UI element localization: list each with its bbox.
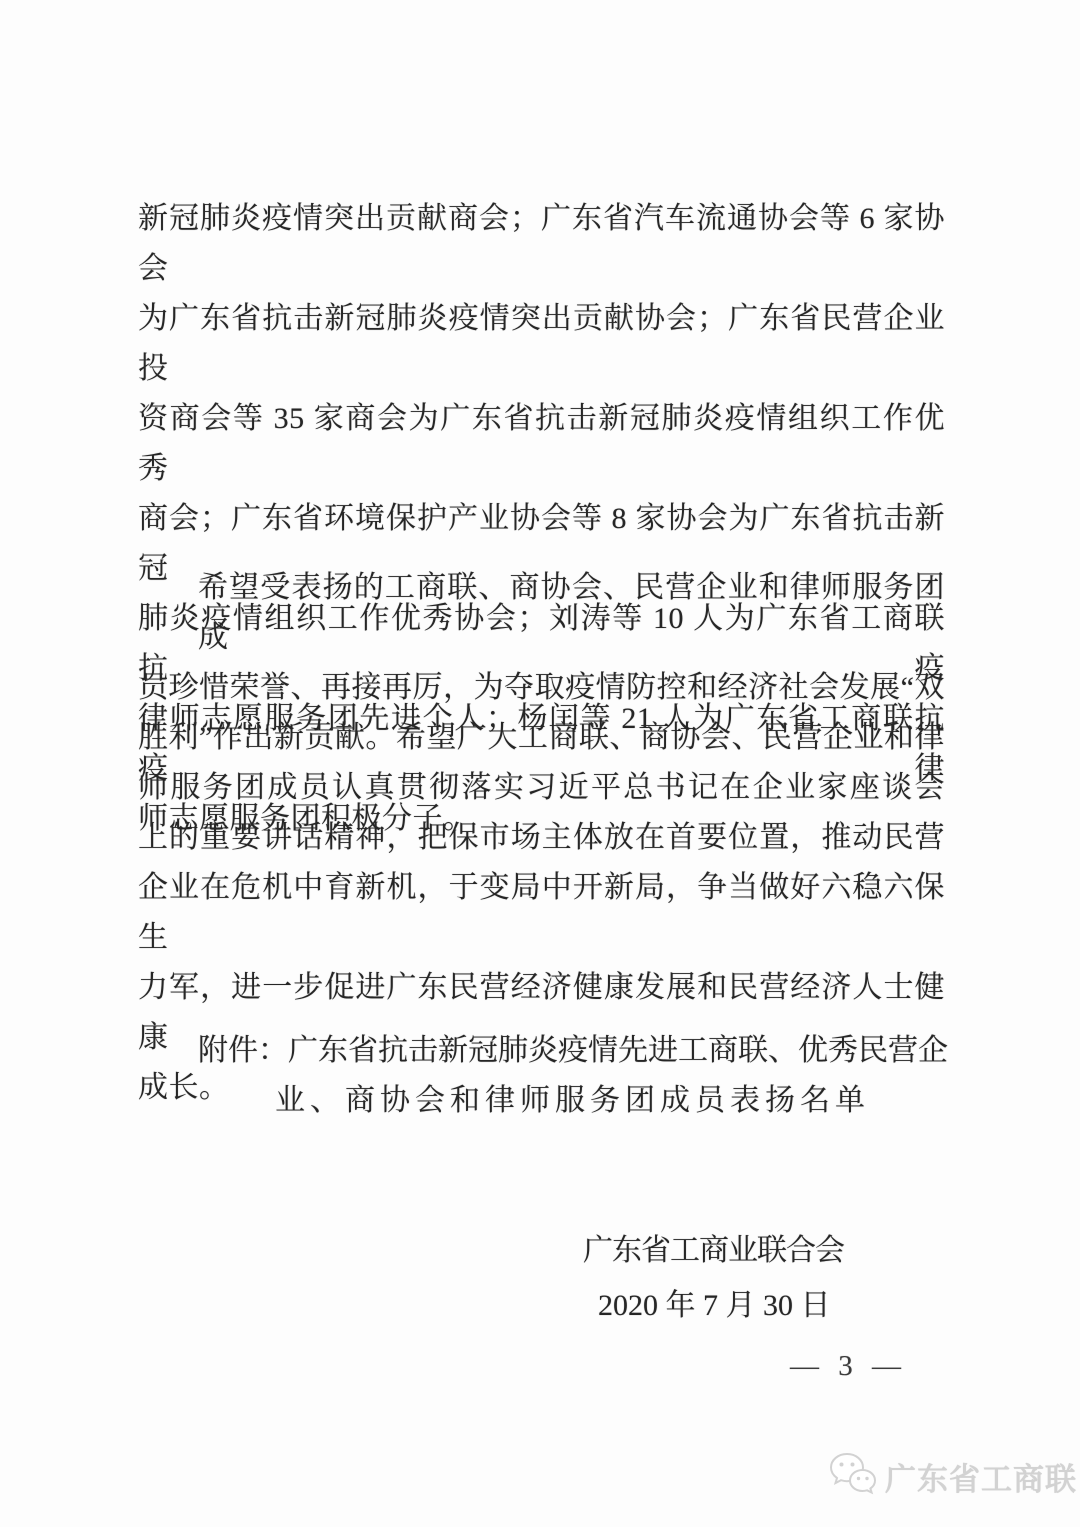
text-line: 师服务团成员认真贯彻落实习近平总书记在企业家座谈会 — [138, 763, 945, 813]
issue-date: 2020 年 7 月 30 日 — [598, 1286, 831, 1326]
text-line: 上的重要讲话精神，把保市场主体放在首要位置，推动民营 — [138, 813, 945, 863]
attachment-line: 业、商协会和律师服务团成员表扬名单 — [275, 1076, 958, 1126]
page-number: — 3 — — [790, 1346, 907, 1386]
text-line: 员珍惜荣誉、再接再厉，为夺取疫情防控和经济社会发展“双 — [138, 663, 945, 713]
text-line: 为广东省抗击新冠肺炎疫情突出贡献协会；广东省民营企业投 — [138, 294, 945, 394]
document-page: 新冠肺炎疫情突出贡献商会；广东省汽车流通协会等 6 家协会 为广东省抗击新冠肺炎… — [0, 0, 1080, 1527]
attachment-note: 附件：广东省抗击新冠肺炎疫情先进工商联、优秀民营企 业、商协会和律师服务团成员表… — [198, 1026, 958, 1126]
issuer-signature: 广东省工商业联合会 — [583, 1231, 844, 1271]
watermark: 广东省工商联 — [826, 1448, 1077, 1505]
wechat-icon — [826, 1448, 878, 1505]
text-line: 胜利”作出新贡献。希望广大工商联、商协会、民营企业和律 — [138, 713, 945, 763]
text-line: 企业在危机中育新机，于变局中开新局，争当做好六稳六保生 — [138, 863, 945, 963]
text-line: 新冠肺炎疫情突出贡献商会；广东省汽车流通协会等 6 家协会 — [138, 194, 945, 294]
text-line: 资商会等 35 家商会为广东省抗击新冠肺炎疫情组织工作优秀 — [138, 394, 945, 494]
text-line: 希望受表扬的工商联、商协会、民营企业和律师服务团成 — [138, 563, 945, 663]
attachment-line: 附件：广东省抗击新冠肺炎疫情先进工商联、优秀民营企 — [198, 1026, 958, 1076]
watermark-label: 广东省工商联 — [885, 1454, 1077, 1499]
